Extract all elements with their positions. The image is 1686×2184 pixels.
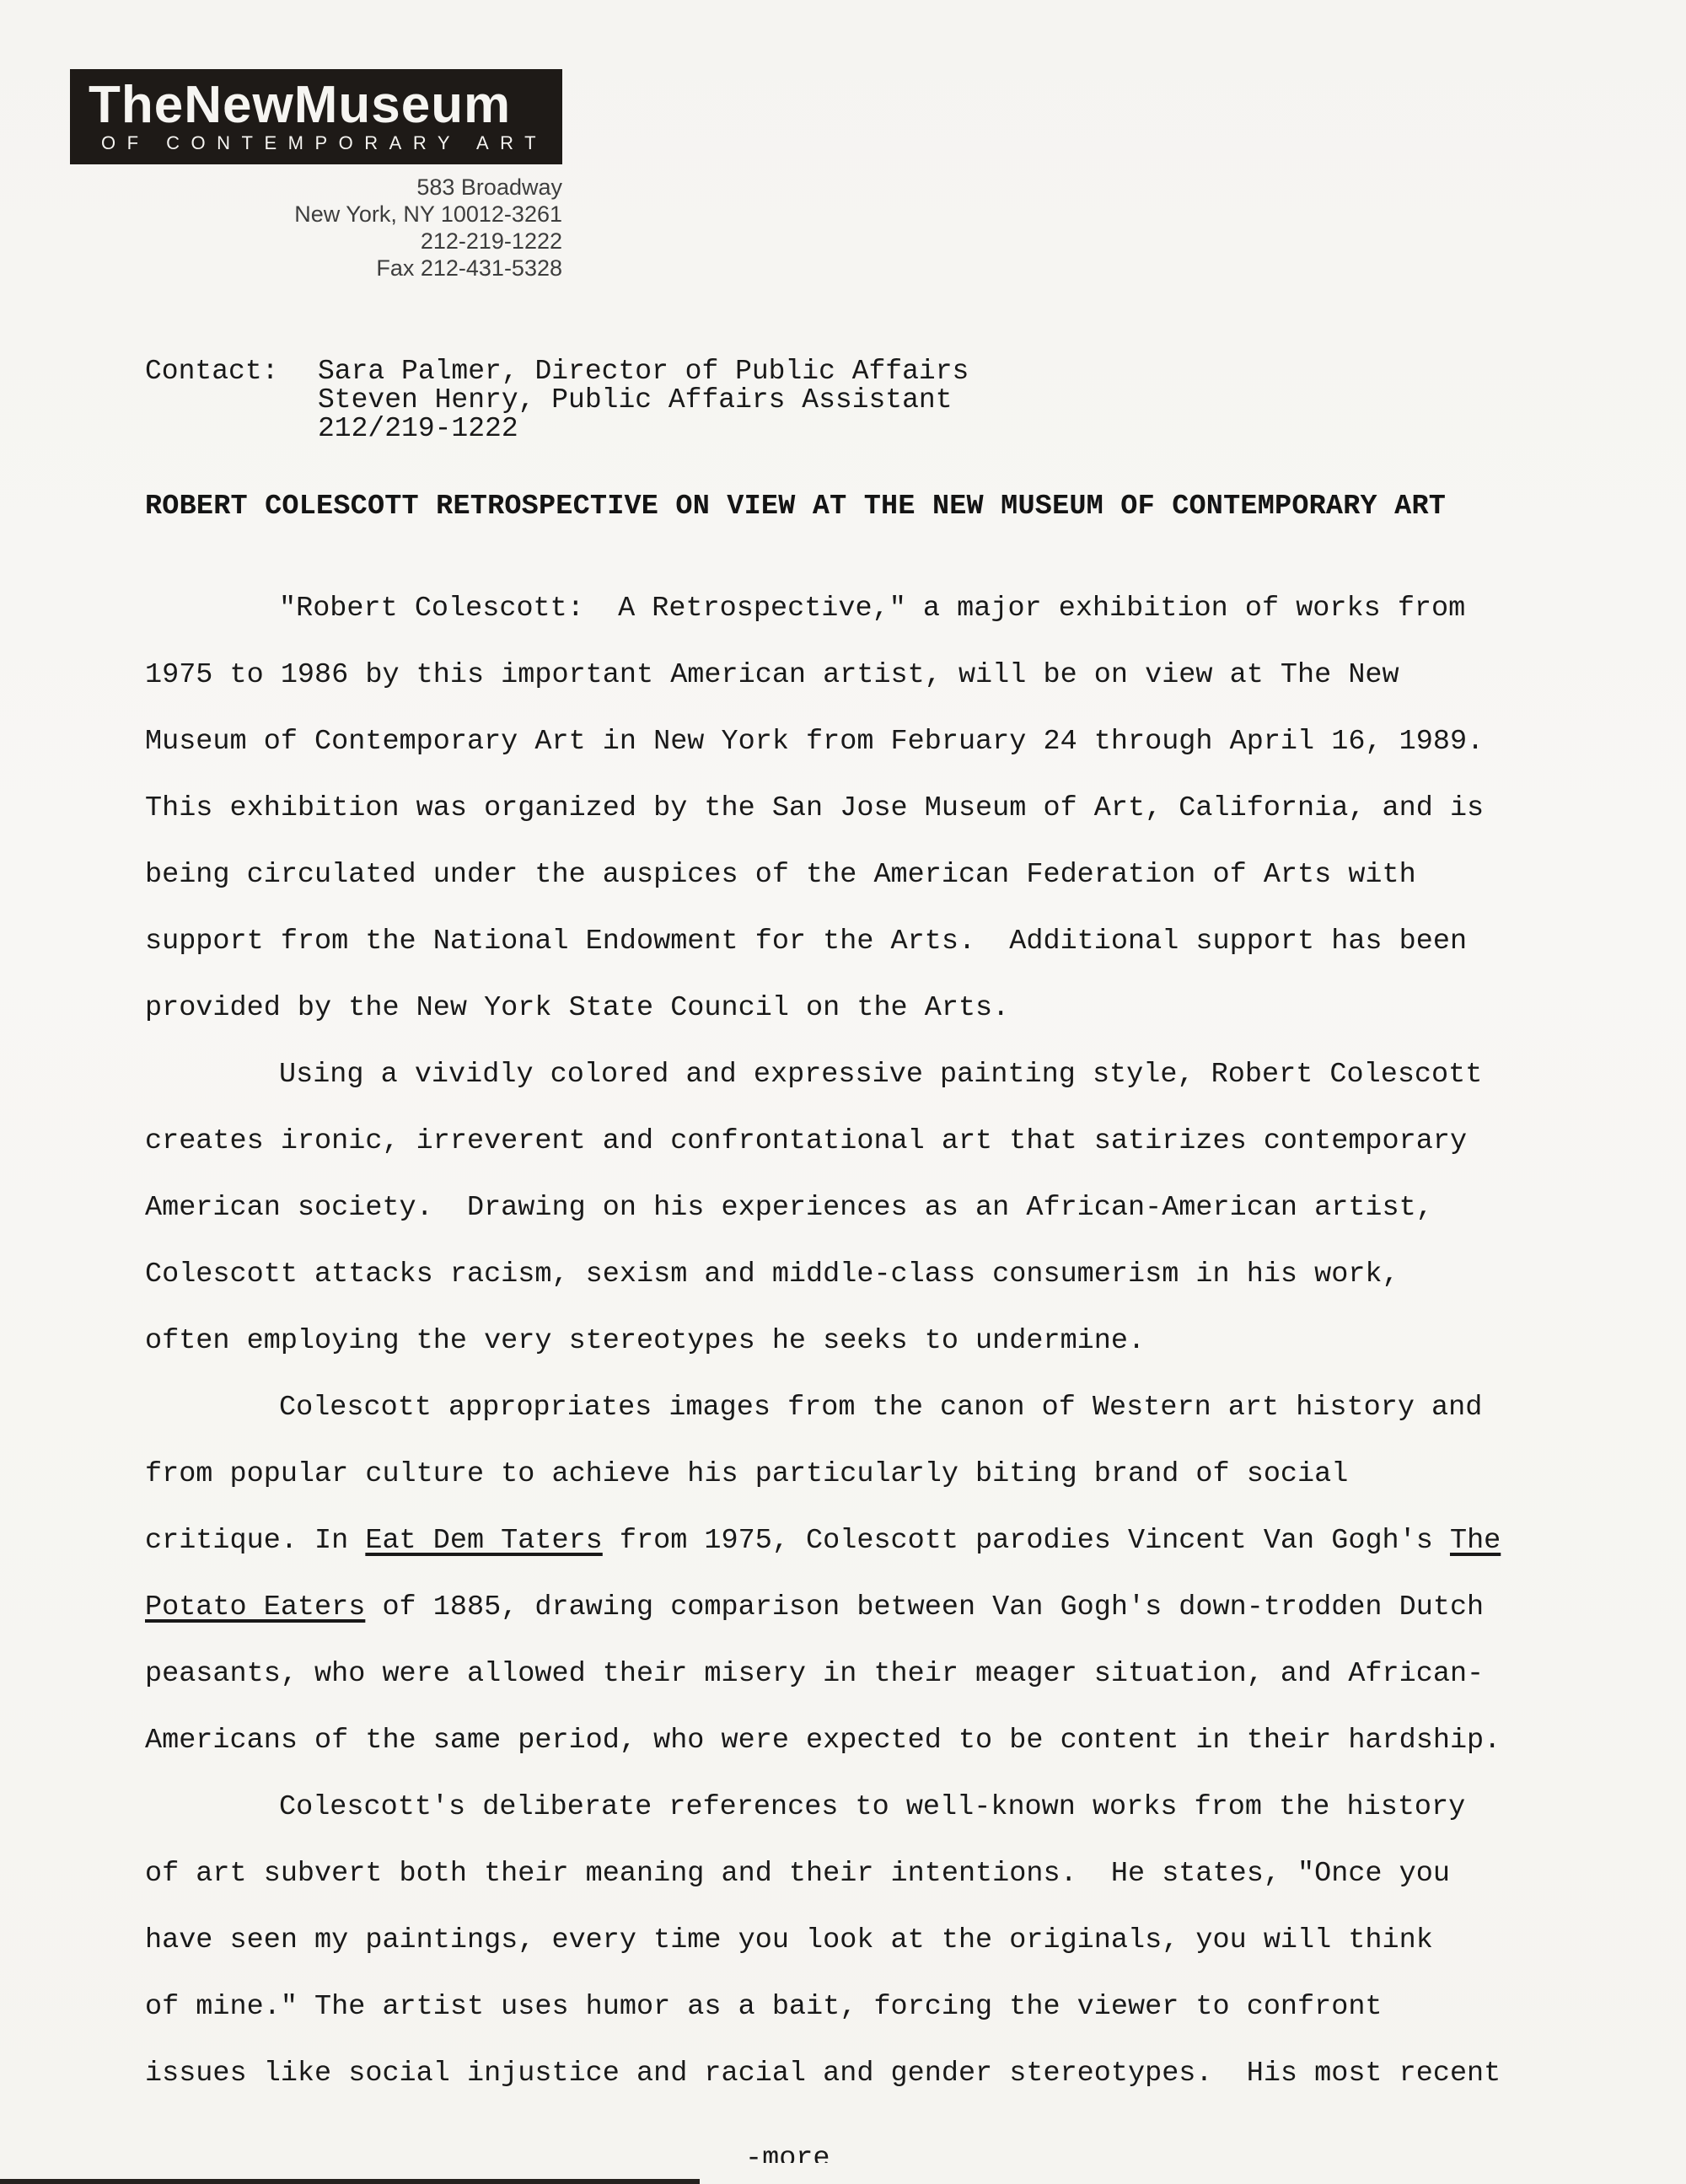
body-line: critique. In Eat Dem Taters from 1975, C… bbox=[145, 1508, 1544, 1575]
body-line: of mine." The artist uses humor as a bai… bbox=[145, 1974, 1544, 2041]
body-text-segment: Colescott appropriates images from the c… bbox=[279, 1392, 1482, 1424]
body-text-segment: of 1885, drawing comparison between Van … bbox=[365, 1591, 1484, 1623]
body-line: issues like social injustice and racial … bbox=[145, 2041, 1544, 2107]
body-line: "Robert Colescott: A Retrospective," a m… bbox=[145, 576, 1544, 642]
body-line: provided by the New York State Council o… bbox=[145, 975, 1544, 1042]
body-line: Using a vividly colored and expressive p… bbox=[145, 1042, 1544, 1108]
press-release-page: TheNewMuseum OF CONTEMPORARY ART 583 Bro… bbox=[0, 0, 1686, 2184]
body-text-segment: issues like social injustice and racial … bbox=[145, 2058, 1501, 2090]
body-line: often employing the very stereotypes he … bbox=[145, 1308, 1544, 1375]
body-text-segment: Museum of Contemporary Art in New York f… bbox=[145, 726, 1484, 758]
body-line: of art subvert both their meaning and th… bbox=[145, 1841, 1544, 1908]
body-text-segment: Americans of the same period, who were e… bbox=[145, 1725, 1501, 1757]
underlined-artwork-title: Eat Dem Taters bbox=[365, 1525, 602, 1557]
body-line: Americans of the same period, who were e… bbox=[145, 1708, 1544, 1774]
body-line: creates ironic, irreverent and confronta… bbox=[145, 1108, 1544, 1175]
contact-lines: Sara Palmer, Director of Public AffairsS… bbox=[318, 357, 969, 443]
address-line: 583 Broadway bbox=[141, 174, 562, 201]
letterhead-address: 583 BroadwayNew York, NY 10012-3261212-2… bbox=[141, 174, 562, 282]
body-text: "Robert Colescott: A Retrospective," a m… bbox=[145, 576, 1544, 2107]
body-text-segment: often employing the very stereotypes he … bbox=[145, 1325, 1145, 1357]
body-text-segment: critique. In bbox=[145, 1525, 365, 1557]
body-text-segment: have seen my paintings, every time you l… bbox=[145, 1924, 1433, 1956]
body-line: Potato Eaters of 1885, drawing compariso… bbox=[145, 1575, 1544, 1641]
body-text-segment: of mine." The artist uses humor as a bai… bbox=[145, 1991, 1383, 2023]
headline: ROBERT COLESCOTT RETROSPECTIVE ON VIEW A… bbox=[145, 491, 1446, 523]
body-text-segment: This exhibition was organized by the San… bbox=[145, 792, 1484, 824]
body-line: Colescott appropriates images from the c… bbox=[145, 1375, 1544, 1441]
body-line: being circulated under the auspices of t… bbox=[145, 842, 1544, 909]
contact-line: Sara Palmer, Director of Public Affairs bbox=[318, 357, 969, 386]
body-line: 1975 to 1986 by this important American … bbox=[145, 642, 1544, 709]
body-text-segment: Colescott attacks racism, sexism and mid… bbox=[145, 1258, 1399, 1291]
contact-label: Contact: bbox=[145, 357, 318, 386]
address-line: 212-219-1222 bbox=[141, 228, 562, 255]
logo-title: TheNewMuseum bbox=[89, 79, 562, 131]
scan-artifact-bar bbox=[0, 2179, 700, 2184]
body-line: Colescott's deliberate references to wel… bbox=[145, 1774, 1544, 1841]
body-line: from popular culture to achieve his part… bbox=[145, 1441, 1544, 1508]
body-text-segment: of art subvert both their meaning and th… bbox=[145, 1858, 1450, 1890]
underlined-artwork-title: The bbox=[1450, 1525, 1501, 1557]
body-line: peasants, who were allowed their misery … bbox=[145, 1641, 1544, 1708]
body-text-segment: peasants, who were allowed their misery … bbox=[145, 1658, 1484, 1690]
body-text-segment: from popular culture to achieve his part… bbox=[145, 1458, 1348, 1490]
body-line: have seen my paintings, every time you l… bbox=[145, 1908, 1544, 1974]
body-line: American society. Drawing on his experie… bbox=[145, 1175, 1544, 1242]
body-text-segment: support from the National Endowment for … bbox=[145, 926, 1467, 958]
body-line: Colescott attacks racism, sexism and mid… bbox=[145, 1242, 1544, 1308]
museum-logo: TheNewMuseum OF CONTEMPORARY ART bbox=[70, 69, 562, 164]
body-text-segment: Using a vividly colored and expressive p… bbox=[279, 1059, 1482, 1091]
contact-block: Contact: Sara Palmer, Director of Public… bbox=[145, 357, 969, 443]
address-line: New York, NY 10012-3261 bbox=[141, 201, 562, 228]
logo-subtitle: OF CONTEMPORARY ART bbox=[89, 133, 562, 153]
body-text-segment: from 1975, Colescott parodies Vincent Va… bbox=[603, 1525, 1450, 1557]
body-line: Museum of Contemporary Art in New York f… bbox=[145, 709, 1544, 775]
underlined-artwork-title: Potato Eaters bbox=[145, 1591, 365, 1623]
address-line: Fax 212-431-5328 bbox=[141, 255, 562, 282]
more-label: -more bbox=[745, 2143, 830, 2163]
body-text-segment: American society. Drawing on his experie… bbox=[145, 1192, 1433, 1224]
body-text-segment: Colescott's deliberate references to wel… bbox=[279, 1791, 1465, 1823]
body-line: This exhibition was organized by the San… bbox=[145, 775, 1544, 842]
more-indicator: -more bbox=[745, 2143, 830, 2163]
body-text-segment: being circulated under the auspices of t… bbox=[145, 859, 1416, 891]
body-text-segment: "Robert Colescott: A Retrospective," a m… bbox=[279, 593, 1465, 625]
body-text-segment: 1975 to 1986 by this important American … bbox=[145, 659, 1399, 691]
contact-line: 212/219-1222 bbox=[318, 415, 969, 443]
body-text-segment: provided by the New York State Council o… bbox=[145, 992, 1009, 1024]
contact-line: Steven Henry, Public Affairs Assistant bbox=[318, 386, 969, 415]
body-text-segment: creates ironic, irreverent and confronta… bbox=[145, 1125, 1467, 1157]
body-line: support from the National Endowment for … bbox=[145, 909, 1544, 975]
